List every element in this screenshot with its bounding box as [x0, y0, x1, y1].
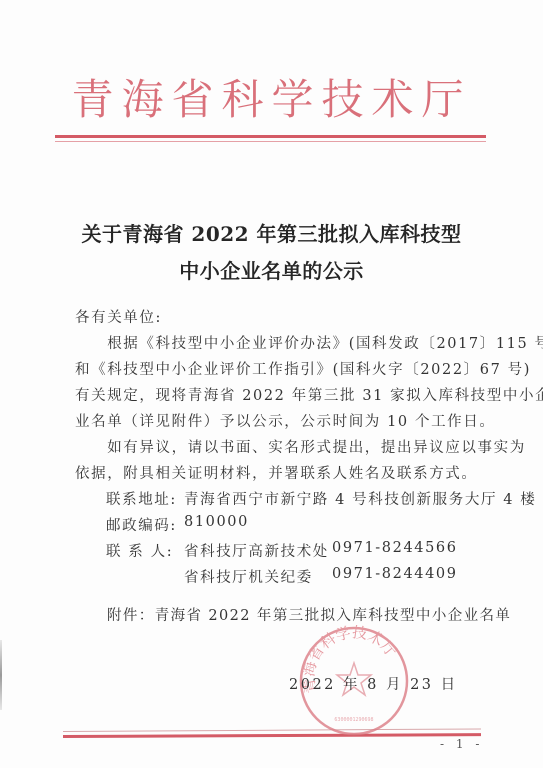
paragraph1-line3: 有关规定，现将青海省 2022 年第三批 31 家拟入库科技型中小企 [75, 384, 543, 405]
paragraph2-line1: 如有异议，请以书面、实名形式提出，提出异议应以事实为 [75, 436, 526, 457]
attachment-note: 附件：青海省 2022 年第三批拟入库科技型中小企业名单 [107, 604, 511, 625]
header-red-rule [55, 135, 486, 138]
svg-text:6300001290698: 6300001290698 [334, 717, 373, 723]
contact-2-name: 省科技厅机关纪委 [184, 566, 313, 587]
signature-date: 2022 年 8 月 23 日 [289, 673, 458, 694]
postcode-value: 810000 [184, 514, 249, 530]
contact-1-phone: 0971-8244566 [332, 540, 458, 556]
footer-red-rule-thin [63, 728, 481, 732]
paragraph1-line1: 根据《科技型中小企业评价办法》(国科发政〔2017〕115 号) [75, 332, 543, 353]
document-page: 青海省科学技术厅 关于青海省 2022 年第三批拟入库科技型 中小企业名单的公示… [0, 0, 543, 768]
address-value: 青海省西宁市新宁路 4 号科技创新服务大厅 4 楼 [184, 488, 536, 509]
address-label: 联系地址: [106, 488, 177, 509]
paragraph1-line4: 业名单（详见附件）予以公示，公示时间为 10 个工作日。 [75, 410, 495, 431]
header-red-rule-thin [55, 141, 486, 142]
footer-red-rule [63, 733, 481, 738]
contact-2-phone: 0971-8244409 [332, 566, 458, 582]
paragraph2-line2: 依据，附具相关证明材料，并署联系人姓名及联系方式。 [75, 462, 478, 483]
organization-header: 青海省科学技术厅 [0, 72, 543, 128]
document-title-line-2: 中小企业名单的公示 [0, 255, 543, 284]
contact-1-name: 省科技厅高新技术处 [184, 540, 329, 561]
postcode-label: 邮政编码: [106, 514, 177, 535]
scan-edge-artifact [0, 640, 2, 710]
contacts-label: 联 系 人: [106, 540, 173, 561]
page-number: - 1 - [440, 737, 483, 751]
salutation: 各有关单位: [75, 306, 162, 327]
document-title-line-1: 关于青海省 2022 年第三批拟入库科技型 [0, 218, 543, 247]
paragraph1-line2: 和《科技型中小企业评价工作指引》(国科火字〔2022〕67 号) [75, 358, 531, 379]
